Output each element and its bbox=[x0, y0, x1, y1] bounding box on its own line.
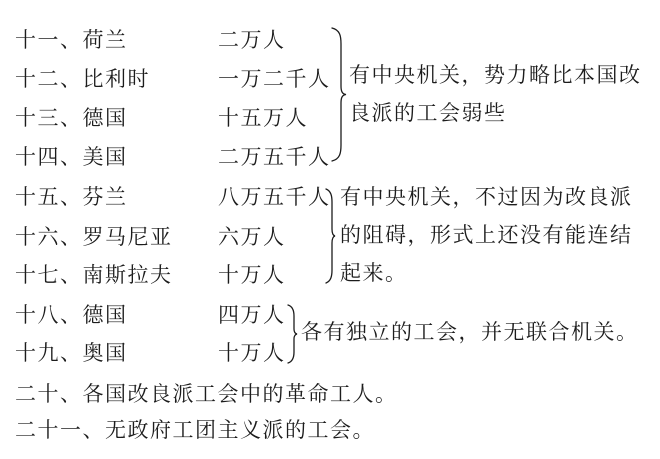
right-brace-icon bbox=[331, 27, 347, 162]
document-page: 十一、荷兰 二万人 十二、比利时 一万二千人 十三、德国 十五万人 十四、美国 … bbox=[0, 0, 660, 459]
item-count: 八万五千人 bbox=[218, 185, 331, 210]
item-count: 一万二千人 bbox=[218, 67, 331, 92]
item-label: 十九、奥国 bbox=[15, 341, 128, 366]
right-brace-icon bbox=[325, 188, 336, 284]
item-label: 二十、各国改良派工会中的革命工人。 bbox=[15, 382, 398, 407]
list-item: 二十、各国改良派工会中的革命工人。 bbox=[0, 382, 660, 407]
item-count: 六万人 bbox=[218, 225, 286, 250]
list-item: 十一、荷兰 二万人 bbox=[0, 28, 660, 53]
item-label: 二十一、无政府工团主义派的工会。 bbox=[15, 418, 375, 443]
group-note-line: 有中央机关，不过因为改良派 bbox=[340, 185, 633, 210]
item-label: 十五、芬兰 bbox=[15, 185, 128, 210]
item-label: 十六、罗马尼亚 bbox=[15, 225, 173, 250]
item-count: 二万五千人 bbox=[218, 145, 331, 170]
group-note-line: 良派的工会弱些 bbox=[349, 101, 507, 126]
list-item: 十三、德国 十五万人 bbox=[0, 106, 660, 131]
list-item: 十四、美国 二万五千人 bbox=[0, 145, 660, 170]
item-label: 十一、荷兰 bbox=[15, 28, 128, 53]
list-item: 二十一、无政府工团主义派的工会。 bbox=[0, 418, 660, 443]
item-count: 十五万人 bbox=[218, 106, 308, 131]
group-note-line: 有中央机关，势力略比本国改 bbox=[349, 63, 642, 88]
group-note-line: 起来。 bbox=[340, 261, 408, 286]
item-label: 十七、南斯拉夫 bbox=[15, 263, 173, 288]
right-brace-icon bbox=[287, 304, 298, 364]
item-label: 十三、德国 bbox=[15, 106, 128, 131]
item-count: 二万人 bbox=[218, 28, 286, 53]
item-label: 十四、美国 bbox=[15, 145, 128, 170]
item-count: 四万人 bbox=[218, 303, 286, 328]
item-count: 十万人 bbox=[218, 341, 286, 366]
group-note-line: 的阻碍，形式上还没有能连结 bbox=[340, 223, 633, 248]
item-label: 十八、德国 bbox=[15, 303, 128, 328]
item-label: 十二、比利时 bbox=[15, 67, 150, 92]
item-count: 十万人 bbox=[218, 263, 286, 288]
group-note-line: 各有独立的工会，并无联合机关。 bbox=[301, 320, 639, 345]
